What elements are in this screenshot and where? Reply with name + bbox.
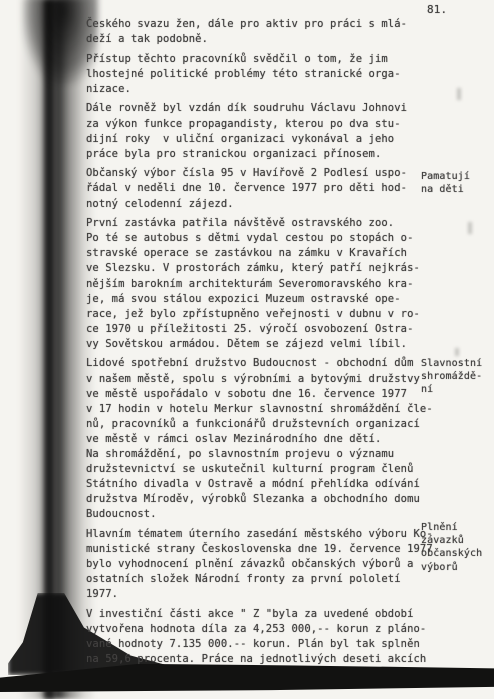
scan-smudge [457,88,461,100]
paragraph-obcansky-vybor-zajezd: Občanský výbor čísla 95 v Havířově 2 Pod… [86,166,418,211]
paragraph-pristup-pracovniku: Přístup těchto pracovníků svědčil o tom,… [86,52,418,97]
paragraph-druzstvo-budoucnost: Lidové spotřební družstvo Budoucnost - o… [86,356,418,522]
paragraph-investicni-akce-z: V investiční části akce " Z "byla za uve… [86,607,418,667]
margin-note-plneni-zavazku: Plnění závazků občanských výborů [421,521,493,574]
margin-note-slavnostni-shromazdeni: Slavnostní shromáždě- ní [421,357,493,397]
scanned-document-page: 81. Českého svazu žen, dále pro aktiv pr… [0,0,494,699]
body-text-column: Českého svazu žen, dále pro aktiv pro pr… [86,17,418,672]
paragraph-dik-johnovi: Dále rovněž byl vzdán dík soudruhu Václa… [86,101,418,161]
scan-smudge [468,222,472,234]
paragraph-zajezd-zoo-zamek: První zastávka patřila návštěvě ostravsk… [86,216,418,352]
page-number: 81. [427,2,447,17]
paragraph-zasedani-mestskeho-vyboru: Hlavním tématem úterního zasedání městsk… [86,527,418,602]
paragraph-svaz-zen: Českého svazu žen, dále pro aktiv pro pr… [86,17,418,47]
scan-smudge [455,348,459,356]
margin-note-pamatuji-na-deti: Pamatují na děti [421,170,493,196]
